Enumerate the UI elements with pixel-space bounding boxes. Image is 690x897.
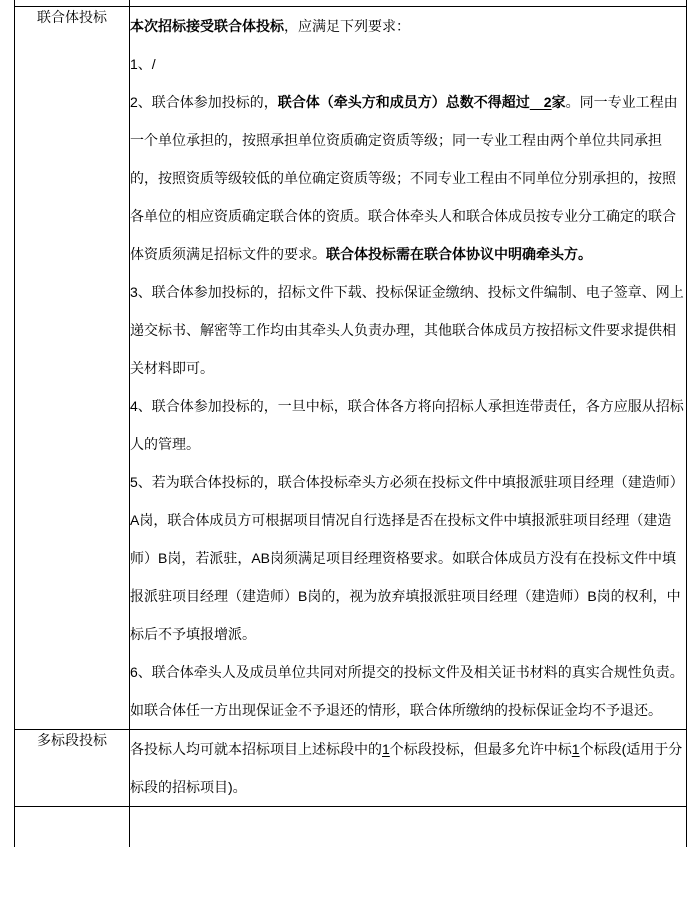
text-segment: 个标段投标，但最多允许中标 — [390, 741, 572, 757]
text-segment: 6、联合体牵头人及成员单位共同对所提交的投标文件及相关证书材料的真实合规性负责。… — [130, 664, 684, 718]
text-segment: 联合体投标需在联合体协议中明确牵头方。 — [326, 246, 592, 262]
joint-bid-row-label: 联合体投标 — [15, 7, 130, 730]
multi-section-row-label: 多标段投标 — [15, 730, 130, 807]
table-row-partial-bottom — [15, 807, 687, 848]
text-segment: 本次招标接受联合体投标 — [130, 18, 284, 34]
text-segment: 。同一专业工程由一个单位承担的，按照承担单位资质确定资质等级；同一专业工程由两个… — [130, 94, 678, 262]
text-segment: 家 — [552, 94, 566, 110]
text-segment: 各投标人均可就本招标项目上述标段中的 — [130, 741, 382, 757]
bid-requirements-table: 联合体投标 本次招标接受联合体投标，应满足下列要求：1、/2、联合体参加投标的，… — [14, 0, 687, 847]
paragraph: 1、/ — [130, 45, 686, 83]
text-segment: 1 — [572, 741, 580, 757]
text-segment: 2、联合体参加投标的， — [130, 94, 278, 110]
paragraph: 6、联合体牵头人及成员单位共同对所提交的投标文件及相关证书材料的真实合规性负责。… — [130, 653, 686, 729]
table-row-joint-bid: 联合体投标 本次招标接受联合体投标，应满足下列要求：1、/2、联合体参加投标的，… — [15, 7, 687, 730]
table-row-multi-section-bid: 多标段投标 各投标人均可就本招标项目上述标段中的1个标段投标，但最多允许中标1个… — [15, 730, 687, 807]
paragraph: 3、联合体参加投标的，招标文件下载、投标保证金缴纳、投标文件编制、电子签章、网上… — [130, 273, 686, 387]
paragraph: 4、联合体参加投标的，一旦中标，联合体各方将向招标人承担连带责任，各方应服从招标… — [130, 387, 686, 463]
text-segment: 1 — [382, 741, 390, 757]
text-segment: 5、若为联合体投标的，联合体投标牵头方必须在投标文件中填报派驻项目经理（建造师）… — [130, 474, 684, 642]
partial-bottom-content-cell — [130, 807, 687, 848]
text-segment: 3、联合体参加投标的，招标文件下载、投标保证金缴纳、投标文件编制、电子签章、网上… — [130, 284, 684, 376]
joint-bid-row-content: 本次招标接受联合体投标，应满足下列要求：1、/2、联合体参加投标的，联合体（牵头… — [130, 7, 687, 730]
paragraph: 各投标人均可就本招标项目上述标段中的1个标段投标，但最多允许中标1个标段(适用于… — [130, 730, 686, 806]
text-segment: 4、联合体参加投标的，一旦中标，联合体各方将向招标人承担连带责任，各方应服从招标… — [130, 398, 684, 452]
partial-bottom-label-cell — [15, 807, 130, 848]
text-segment: 1、/ — [130, 56, 156, 72]
text-segment: 2 — [530, 94, 552, 110]
multi-section-row-content: 各投标人均可就本招标项目上述标段中的1个标段投标，但最多允许中标1个标段(适用于… — [130, 730, 687, 807]
paragraph: 2、联合体参加投标的，联合体（牵头方和成员方）总数不得超过 2家。同一专业工程由… — [130, 83, 686, 273]
text-segment: ，应满足下列要求： — [284, 18, 410, 34]
paragraph: 本次招标接受联合体投标，应满足下列要求： — [130, 7, 686, 45]
text-segment: 联合体（牵头方和成员方）总数不得超过 — [278, 94, 530, 110]
paragraph: 5、若为联合体投标的，联合体投标牵头方必须在投标文件中填报派驻项目经理（建造师）… — [130, 463, 686, 653]
